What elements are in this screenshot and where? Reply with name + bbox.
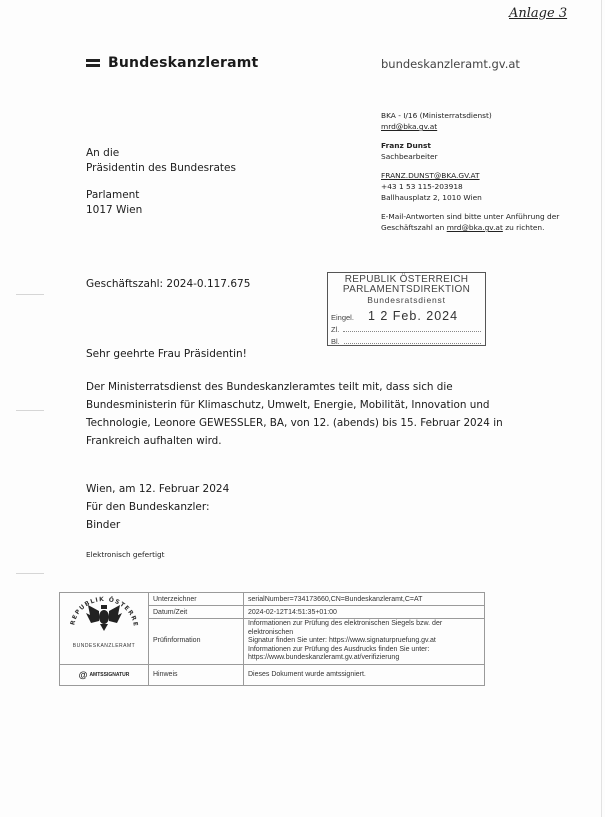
- letter-body: Der Ministerratsdienst des Bundeskanzler…: [86, 378, 526, 450]
- contact-address: Ballhausplatz 2, 1010 Wien: [381, 192, 596, 203]
- sig-value-note: Dieses Dokument wurde amtssigniert.: [244, 664, 485, 685]
- printout-check-link[interactable]: https://www.bundeskanzleramt.gv.at/verif…: [248, 654, 480, 663]
- reply-note-line2: Geschäftszahl an mrd@bka.gv.at zu richte…: [381, 222, 596, 233]
- contact-name: Franz Dunst: [381, 140, 596, 151]
- website-url: bundeskanzleramt.gv.at: [381, 57, 520, 71]
- sender-department: BKA - I/16 (Ministerratsdienst): [381, 110, 596, 121]
- fold-mark: [16, 573, 44, 574]
- recipient-address: An die Präsidentin des Bundesrates Parla…: [86, 146, 236, 218]
- seal-org: BUNDESKANZLERAMT: [60, 643, 148, 649]
- recipient-line: 1017 Wien: [86, 203, 236, 218]
- receipt-stamp: REPUBLIK ÖSTERREICH PARLAMENTSDIREKTION …: [327, 272, 486, 346]
- austrian-eagle-seal-icon: REPUBLIK ÖSTERREICH: [60, 593, 148, 641]
- stamp-line: Bundesratsdienst: [328, 295, 485, 305]
- flag-stripes-icon: [86, 59, 100, 67]
- sig-value-verification: Informationen zur Prüfung des elektronis…: [244, 619, 485, 665]
- sender-block: BKA - I/16 (Ministerratsdienst) mrd@bka.…: [381, 110, 596, 233]
- sig-value-datetime: 2024-02-12T14:51:35+01:00: [244, 606, 485, 619]
- recipient-line: Präsidentin des Bundesrates: [86, 161, 236, 176]
- stamp-received-row: Eingel. 1 2 Feb. 2024: [331, 309, 485, 325]
- reply-note-line1: E-Mail-Antworten sind bitte unter Anführ…: [381, 211, 596, 222]
- stamp-zl-row: Zl.: [331, 325, 485, 337]
- sig-label: Unterzeichner: [149, 593, 244, 606]
- salutation: Sehr geehrte Frau Präsidentin!: [86, 348, 247, 360]
- stamp-bl-row: Bl.: [331, 337, 485, 349]
- reference-number: Geschäftszahl: 2024-0.117.675: [86, 278, 250, 290]
- recipient-line: An die: [86, 146, 236, 161]
- seal-cell: REPUBLIK ÖSTERREICH BUNDESKANZLERAMT: [60, 593, 149, 665]
- stamp-received-date: 1 2 Feb. 2024: [368, 309, 458, 323]
- sig-label: Hinweis: [149, 664, 244, 685]
- org-logo: Bundeskanzleramt: [86, 55, 258, 71]
- signature-table: REPUBLIK ÖSTERREICH BUNDESKANZLERAMT Unt…: [59, 592, 485, 686]
- closing-block: Wien, am 12. Februar 2024 Für den Bundes…: [86, 480, 229, 534]
- for-line: Für den Bundeskanzler:: [86, 498, 229, 516]
- fold-mark: [16, 294, 44, 295]
- department-email-link[interactable]: mrd@bka.gv.at: [381, 121, 596, 132]
- signer-name: Binder: [86, 516, 229, 534]
- amtssignatur-logo: @ AMTSSIGNATUR: [60, 670, 148, 680]
- reply-email-link[interactable]: mrd@bka.gv.at: [447, 223, 503, 232]
- place-date: Wien, am 12. Februar 2024: [86, 480, 229, 498]
- signature-check-link[interactable]: Signatur finden Sie unter: https://www.s…: [248, 637, 480, 646]
- sig-label: Prüfinformation: [149, 619, 244, 665]
- at-sign-icon: @: [79, 670, 88, 680]
- amtssignatur-cell: @ AMTSSIGNATUR: [60, 664, 149, 685]
- contact-phone: +43 1 53 115-203918: [381, 181, 596, 192]
- org-name: Bundeskanzleramt: [108, 55, 258, 71]
- fold-mark: [16, 410, 44, 411]
- stamp-line: PARLAMENTSDIREKTION: [328, 285, 485, 295]
- handwritten-annotation: Anlage 3: [509, 6, 567, 21]
- recipient-line: Parlament: [86, 188, 236, 203]
- sig-value-signer: serialNumber=734173660,CN=Bundeskanzlera…: [244, 593, 485, 606]
- signed-note: Elektronisch gefertigt: [86, 550, 165, 559]
- sig-label: Datum/Zeit: [149, 606, 244, 619]
- contact-role: Sachbearbeiter: [381, 151, 596, 162]
- page-edge: [601, 0, 602, 817]
- contact-email-link[interactable]: FRANZ.DUNST@BKA.GV.AT: [381, 170, 596, 181]
